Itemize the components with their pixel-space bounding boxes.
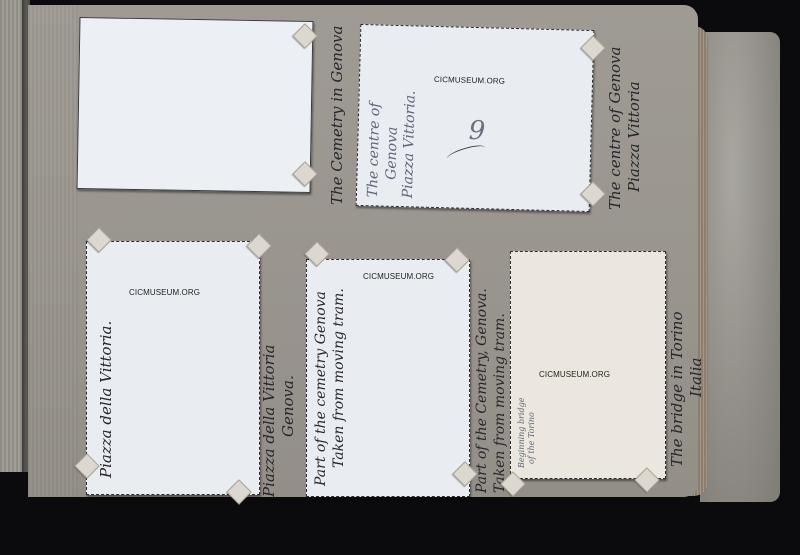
caption-text: The Cemetry in Genova: [328, 26, 346, 205]
caption-line-1: The centre of: [365, 102, 383, 197]
caption-line-1: Beginning bridge: [517, 398, 526, 468]
pencil-number-mark: 9: [468, 116, 485, 146]
caption-line-1: The centre of Genova: [606, 47, 624, 210]
watermark: CICMUSEUM.ORG: [539, 370, 610, 379]
page-caption-centre-genova: The centre of Genova Piazza Vittoria: [606, 47, 644, 210]
page-caption-bridge-torino: The bridge in Torino Italia: [668, 312, 706, 468]
photo-3-back-caption: Piazza della Vittoria.: [97, 321, 116, 478]
watermark: CICMUSEUM.ORG: [363, 272, 434, 281]
pencil-stroke: [445, 142, 486, 164]
caption-line-1: Part of the Cemetry, Genova.: [474, 288, 490, 493]
back-cover: [700, 32, 780, 502]
photo-2-back: The centre of Genova Piazza Vittoria. CI…: [356, 24, 595, 212]
photo-5-back: Beginning bridge of the Torino CICMUSEUM…: [510, 251, 666, 479]
caption-line-1: Piazza della Vittoria: [260, 345, 278, 498]
page-caption-cemetry-tram: Part of the Cemetry, Genova. Taken from …: [474, 288, 509, 493]
caption-line-2: Piazza Vittoria: [625, 47, 644, 210]
caption-line-2: Genova.: [279, 345, 298, 498]
caption-line-2: Taken from moving tram.: [492, 288, 510, 493]
page-caption-piazza-vittoria: Piazza della Vittoria Genova.: [260, 345, 298, 498]
photo-1-back: [77, 17, 314, 193]
caption-line-1: The bridge in Torino: [668, 312, 686, 468]
photo-3-back: Piazza della Vittoria. CICMUSEUM.ORG: [86, 241, 260, 495]
caption-line-1: Part of the cemetry Genova: [313, 291, 329, 486]
photo-4-back-caption: Part of the cemetry Genova Taken from mo…: [313, 288, 348, 486]
photo-2-back-caption: The centre of Genova Piazza Vittoria.: [365, 89, 420, 198]
caption-line-3: Piazza Vittoria.: [400, 90, 420, 198]
page-caption-cemetry-genova: The Cemetry in Genova: [328, 26, 347, 205]
caption-line-2: Italia: [687, 312, 706, 468]
caption-line-2: Taken from moving tram.: [331, 288, 349, 486]
left-page-edge: [0, 0, 24, 472]
album-page: The Cemetry in Genova The centre of Geno…: [28, 5, 698, 497]
watermark: CICMUSEUM.ORG: [129, 288, 200, 297]
caption-line-2: of the Torino: [527, 398, 537, 468]
photo-5-back-caption: Beginning bridge of the Torino: [517, 398, 537, 468]
watermark: CICMUSEUM.ORG: [434, 75, 505, 86]
photo-4-back: Part of the cemetry Genova Taken from mo…: [306, 259, 470, 497]
